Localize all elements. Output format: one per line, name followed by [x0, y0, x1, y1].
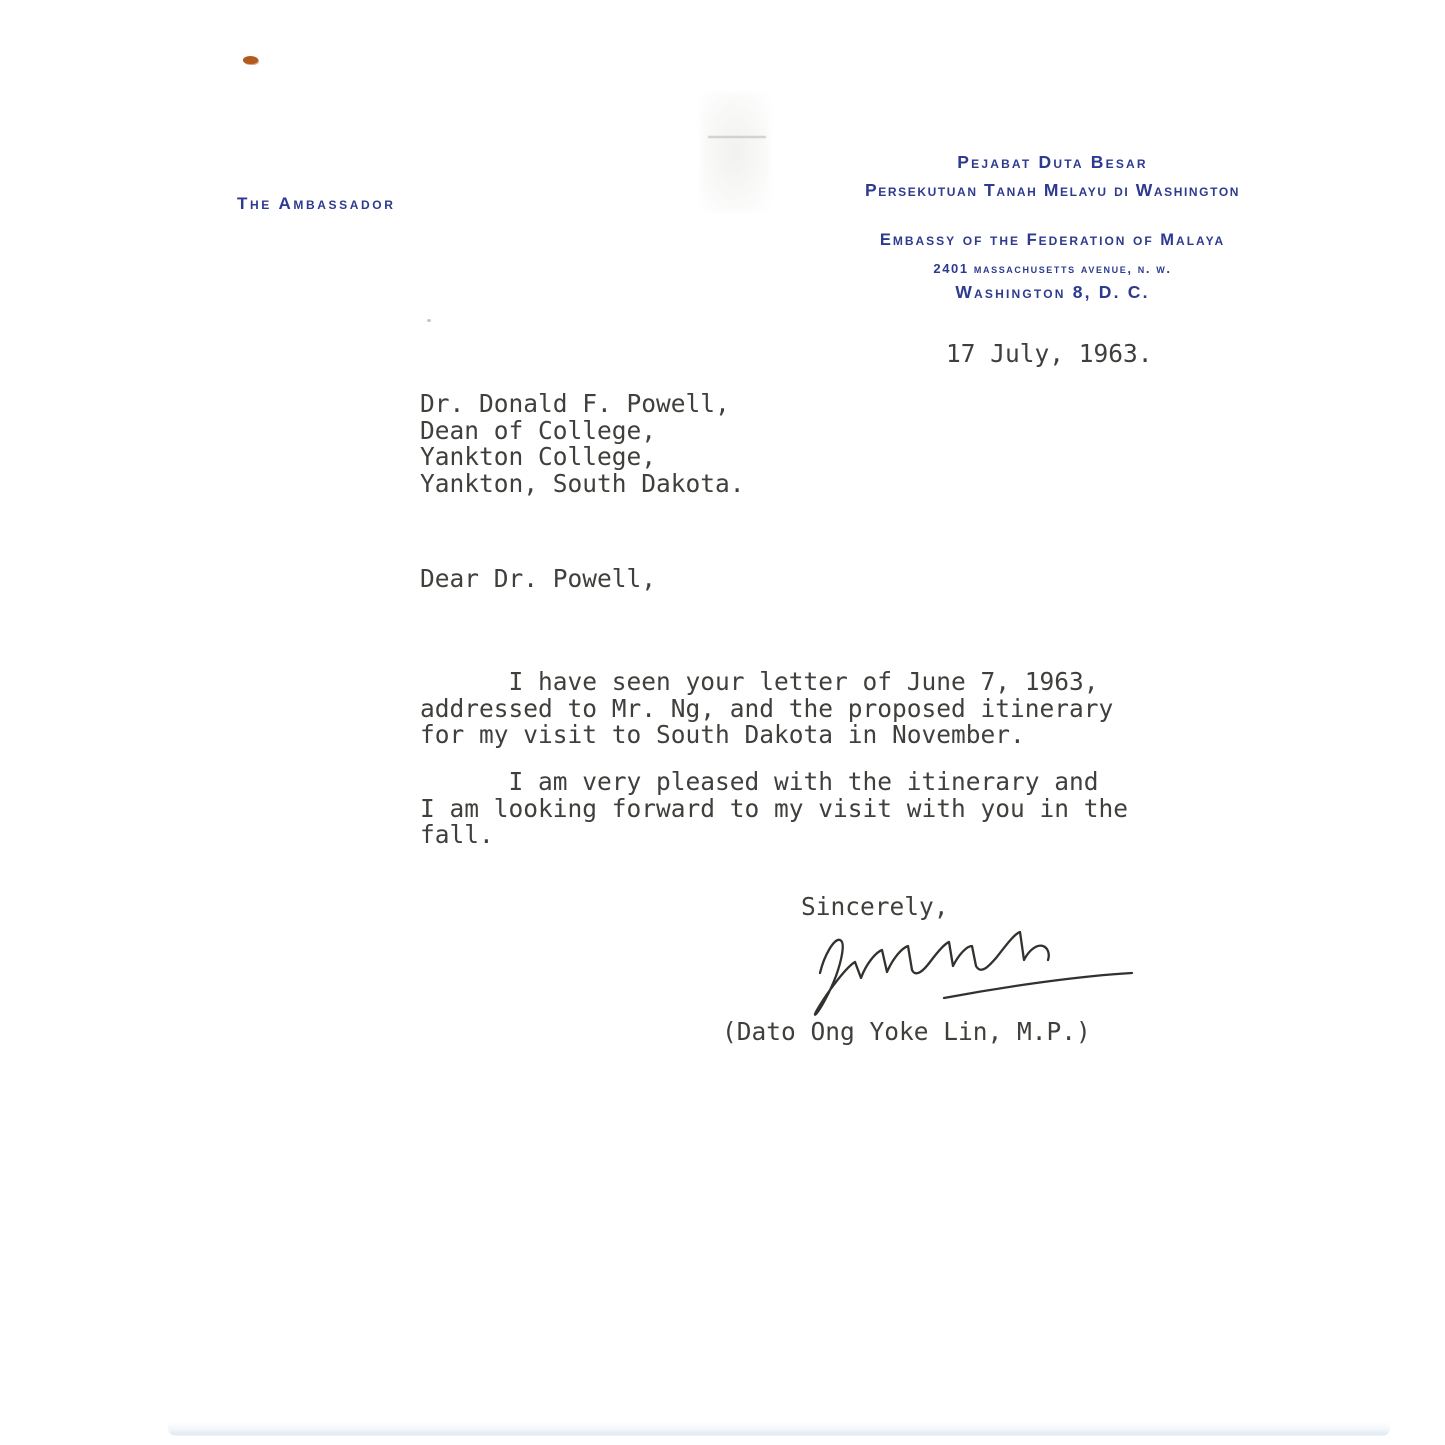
- dot-mark: [427, 319, 431, 322]
- letterhead-ambassador-title: The Ambassador: [237, 194, 396, 214]
- smudge-mark: [700, 92, 770, 212]
- letterhead-city-line: Washington 8, D. C.: [840, 282, 1265, 303]
- letterhead-embassy-name: Embassy of the Federation of Malaya: [840, 231, 1265, 250]
- stain-mark: [243, 56, 258, 64]
- letterhead-office-line2: Persekutuan Tanah Melayu di Washington: [840, 180, 1265, 201]
- recipient-address: Dr. Donald F. Powell, Dean of College, Y…: [420, 391, 745, 497]
- signature-icon: [808, 918, 1140, 1020]
- salutation: Dear Dr. Powell,: [420, 566, 656, 593]
- body-paragraph-2: I am very pleased with the itinerary and…: [420, 769, 1180, 849]
- closing: Sincerely,: [801, 894, 949, 921]
- signer-name: (Dato Ong Yoke Lin, M.P.): [722, 1019, 1091, 1046]
- letter-page: The Ambassador Pejabat Duta Besar Persek…: [0, 0, 1445, 1445]
- body-paragraph-1: I have seen your letter of June 7, 1963,…: [420, 669, 1180, 749]
- letterhead-right-block: Pejabat Duta Besar Persekutuan Tanah Mel…: [840, 0, 1265, 320]
- smudge-line: [708, 136, 766, 138]
- letterhead-street-address: 2401 massachusetts avenue, n. w.: [840, 261, 1265, 276]
- letter-date: 17 July, 1963.: [946, 341, 1153, 368]
- paper-bottom-edge: [168, 1422, 1390, 1436]
- letterhead-office-line1: Pejabat Duta Besar: [840, 152, 1265, 173]
